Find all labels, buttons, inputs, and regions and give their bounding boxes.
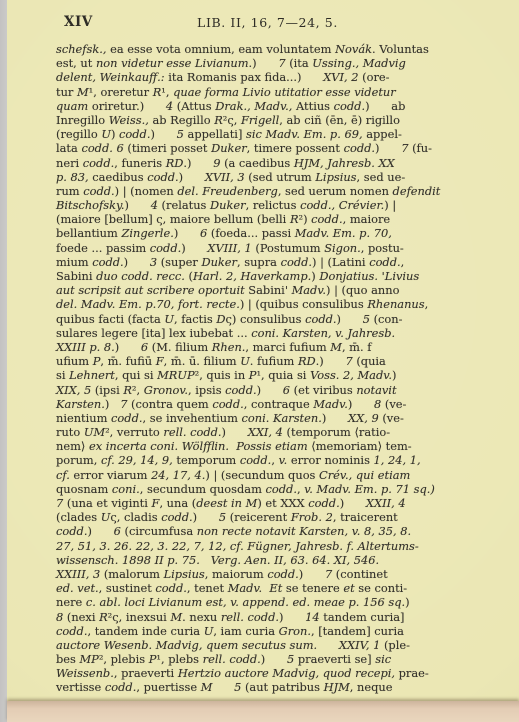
text-line: bellantium Zingerle.) 6 (foeda... passi … bbox=[56, 226, 480, 240]
text-line: (regillo U) codd.) 5 appellati] sic Madv… bbox=[56, 127, 480, 141]
running-title: LIB. II, 16, 7—24, 5. bbox=[58, 15, 477, 30]
text-line: est, ut non videtur esse Livianum.) 7 (i… bbox=[56, 56, 480, 70]
text-line: Weissenb., praeverti Hertzio auctore Mad… bbox=[56, 666, 480, 680]
text-line: aut scripsit aut scribere oportuit Sabin… bbox=[56, 283, 480, 297]
text-line: mium codd.) 3 (super Duker, supra codd.)… bbox=[56, 255, 480, 269]
text-line: rum codd.) | (nomen del. Freudenberg, se… bbox=[56, 184, 480, 198]
apparatus-text: schefsk., ea esse vota omnium, eam volun… bbox=[56, 42, 480, 695]
text-line: Sabini duo codd. recc. (Harl. 2, Haverka… bbox=[56, 269, 480, 283]
text-line: ed. vet., sustinet codd., tenet Madv. Et… bbox=[56, 581, 480, 595]
text-line: quibus facti (facta U, factis Dς) consul… bbox=[56, 312, 480, 326]
text-line: tur M¹, oreretur R¹, quae forma Livio ut… bbox=[56, 85, 480, 99]
text-line: cf. error viarum 24, 17, 4.) | (secundum… bbox=[56, 468, 480, 482]
text-line: si Lehnert, qui si MRUP², quis in P¹, qu… bbox=[56, 368, 480, 382]
text-line: nere c. abl. loci Livianum est, v. appen… bbox=[56, 595, 480, 609]
text-line: Bitschofsky.) 4 (relatus Duker, relictus… bbox=[56, 198, 480, 212]
text-line: 8 (nexi R²ς, inexsui M. nexu rell. codd.… bbox=[56, 610, 480, 624]
scan-edge-strip bbox=[0, 0, 7, 722]
text-line: (maiore [bellum] ς, maiore bellum (belli… bbox=[56, 212, 480, 226]
text-line: neri codd., funeris RD.) 9 (a caedibus H… bbox=[56, 156, 480, 170]
text-line: codd.) 6 (circumfusa non recte notavit K… bbox=[56, 524, 480, 538]
text-line: nientium codd., se invehentium coni. Kar… bbox=[56, 411, 480, 425]
text-line: nem⟩ ex incerta coni. Wölfflin. Possis e… bbox=[56, 439, 480, 453]
text-line: wissensch. 1898 II p. 75. Verg. Aen. II,… bbox=[56, 553, 480, 567]
bottom-page-edge bbox=[7, 701, 519, 722]
text-line: foede ... passim codd.) XVIII, 1 (Postum… bbox=[56, 241, 480, 255]
text-line: ufium P, m̄. fufiū F, m̄. ū. filium U. f… bbox=[56, 354, 480, 368]
text-line: quam oriretur.) 4 (Attus Drak., Madv., A… bbox=[56, 99, 480, 113]
text-line: 7 (una et viginti F, una (deest in M) et… bbox=[56, 496, 480, 510]
text-line: 27, 51, 3. 26. 22, 3. 22, 7, 12, cf. Füg… bbox=[56, 539, 480, 553]
text-line: XIX, 5 (ipsi R², Gronov., ipsis codd.) 6… bbox=[56, 383, 480, 397]
book-scan: XIV LIB. II, 16, 7—24, 5. schefsk., ea e… bbox=[0, 0, 519, 722]
text-line: lata codd. 6 (timeri posset Duker, timer… bbox=[56, 141, 480, 155]
text-line: Inregillo Weiss., ab Regillo R²ς, Frigel… bbox=[56, 113, 480, 127]
text-line: schefsk., ea esse vota omnium, eam volun… bbox=[56, 42, 480, 56]
text-line: XXIII, 3 (malorum Lipsius, maiorum codd.… bbox=[56, 567, 480, 581]
text-line: del. Madv. Em. p.70, fort. recte.) | (qu… bbox=[56, 297, 480, 311]
text-line: codd., tandem inde curia U, iam curia Gr… bbox=[56, 624, 480, 638]
text-line: sulares legere [ita] lex iubebat ... con… bbox=[56, 326, 480, 340]
text-line: ruto UM², verruto rell. codd.) XXI, 4 (t… bbox=[56, 425, 480, 439]
text-line: quosnam coni., secundum quosdam codd., v… bbox=[56, 482, 480, 496]
text-line: Karsten.) 7 (contra quem codd., contraqu… bbox=[56, 397, 480, 411]
page-header: XIV LIB. II, 16, 7—24, 5. bbox=[58, 14, 477, 32]
text-line: (clades Uς, cladis codd.) 5 (reicerent F… bbox=[56, 510, 480, 524]
text-line: vertisse codd., puertisse M 5 (aut patri… bbox=[56, 680, 480, 694]
text-line: p. 83, caedibus codd.) XVII, 3 (sed utru… bbox=[56, 170, 480, 184]
text-line: auctore Wesenb. Madvig, quem secutus sum… bbox=[56, 638, 480, 652]
text-line: delent, Weinkauff.: ita Romanis pax fida… bbox=[56, 70, 480, 84]
text-line: bes MP², plebis P¹, plebs rell. codd.) 5… bbox=[56, 652, 480, 666]
text-line: XXIII p. 8.) 6 (M. filium Rhen., marci f… bbox=[56, 340, 480, 354]
text-line: porum, cf. 29, 14, 9, temporum codd., v.… bbox=[56, 453, 480, 467]
